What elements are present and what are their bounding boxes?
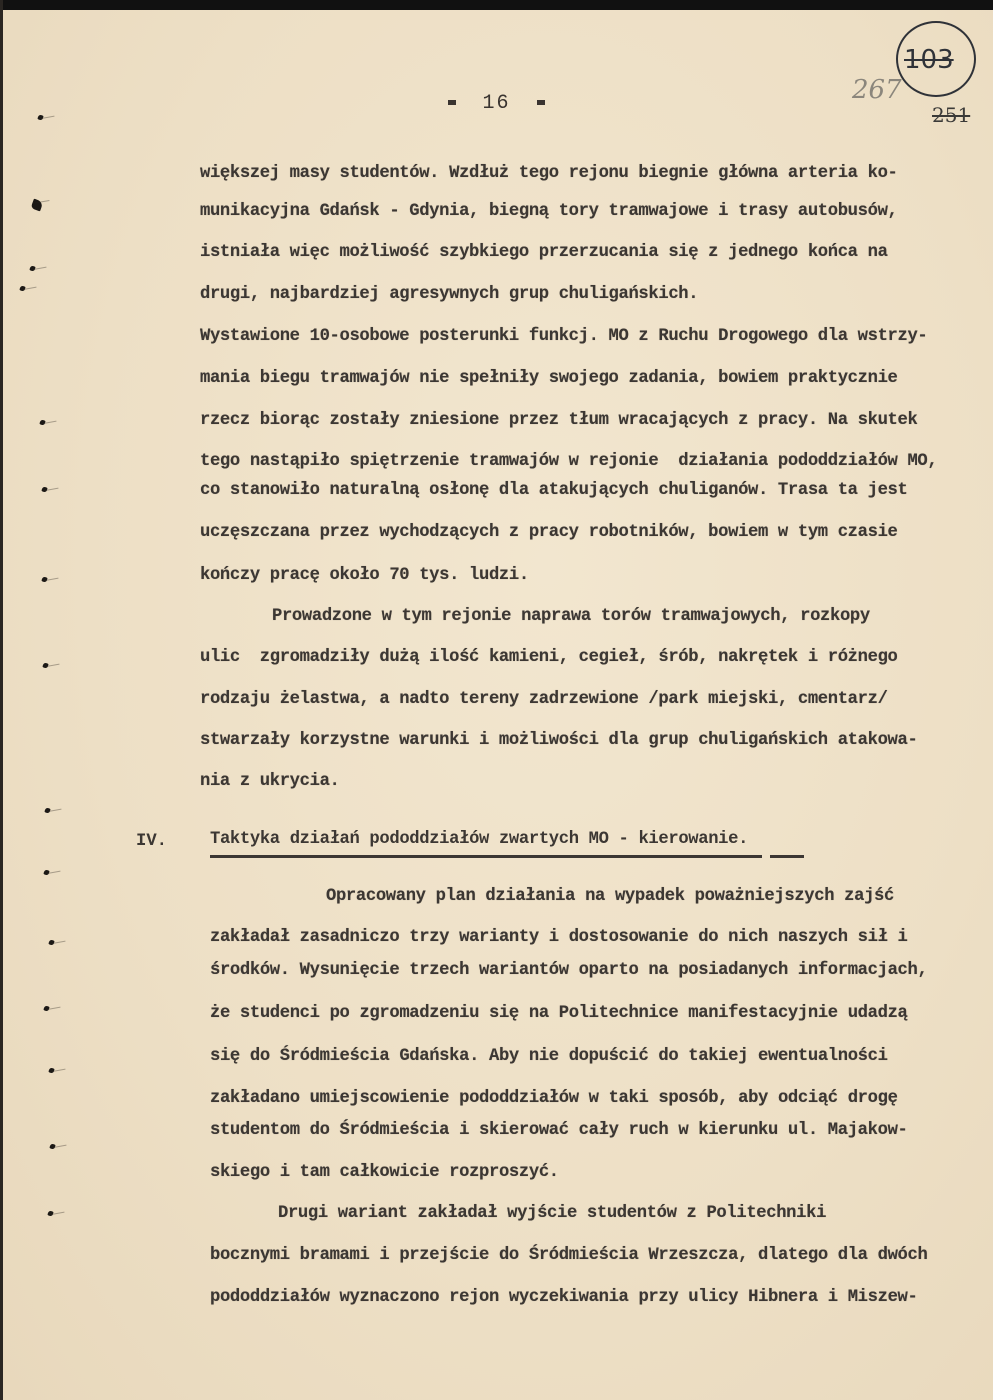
- text-line: mania biegu tramwajów nie spełniły swoje…: [200, 368, 898, 390]
- page-number-value: 16: [482, 92, 510, 115]
- text-line: drugi, najbardziej agresywnych grup chul…: [200, 284, 698, 306]
- text-line: uczęszczana przez wychodzących z pracy r…: [200, 522, 898, 544]
- section-title: Taktyka działań pododdziałów zwartych MO…: [210, 830, 748, 849]
- text-line: nia z ukrycia.: [200, 771, 340, 793]
- text-line: się do Śródmieścia Gdańska. Aby nie dopu…: [210, 1046, 888, 1068]
- dash-icon: [448, 100, 456, 105]
- text-line: Opracowany plan działania na wypadek pow…: [326, 886, 894, 908]
- text-line: większej masy studentów. Wzdłuż tego rej…: [200, 163, 898, 185]
- scan-left-border: [0, 0, 3, 1400]
- text-line: rodzaju żelastwa, a nadto tereny zadrzew…: [200, 689, 888, 711]
- text-line: skiego i tam całkowicie rozproszyć.: [210, 1162, 559, 1184]
- text-line: co stanowiło naturalną osłonę dla atakuj…: [200, 480, 907, 502]
- archive-marks: 103 267 251: [840, 15, 990, 135]
- page-number: 16: [0, 92, 993, 115]
- text-line: Drugi wariant zakładał wyjście studentów…: [278, 1203, 826, 1225]
- scan-top-border: [0, 0, 993, 10]
- circled-archive-number: 103: [904, 45, 954, 75]
- text-line: bocznymi bramami i przejście do Śródmieś…: [210, 1245, 927, 1267]
- text-line: istniała więc możliwość szybkiego przerz…: [200, 242, 888, 264]
- section-underline: [210, 855, 762, 858]
- text-line: tego nastąpiło spiętrzenie tramwajów w r…: [200, 451, 937, 473]
- text-line: Wystawione 10-osobowe posterunki funkcj.…: [200, 326, 927, 348]
- text-line: stwarzały korzystne warunki i możliwości…: [200, 730, 917, 752]
- dash-icon: [537, 100, 545, 105]
- text-line: pododdziałów wyznaczono rejon wyczekiwan…: [210, 1287, 917, 1309]
- text-line: ulic zgromadziły dużą ilość kamieni, ceg…: [200, 647, 898, 669]
- section-numeral: IV.: [136, 832, 167, 851]
- text-line: rzecz biorąc zostały zniesione przez tłu…: [200, 410, 917, 432]
- text-line: środków. Wysunięcie trzech wariantów opa…: [210, 960, 927, 982]
- text-line: że studenci po zgromadzeniu się na Polit…: [210, 1003, 908, 1025]
- text-line: munikacyjna Gdańsk - Gdynia, biegną tory…: [200, 201, 898, 223]
- text-line: Prowadzone w tym rejonie naprawa torów t…: [272, 606, 870, 628]
- text-line: zakładał zasadniczo trzy warianty i dost…: [210, 927, 908, 949]
- text-line: zakładano umiejscowienie pododdziałów w …: [210, 1088, 898, 1110]
- text-line: studentom do Śródmieścia i skierować cał…: [210, 1120, 908, 1142]
- text-line: kończy pracę około 70 tys. ludzi.: [200, 565, 529, 587]
- section-underline: [770, 855, 804, 858]
